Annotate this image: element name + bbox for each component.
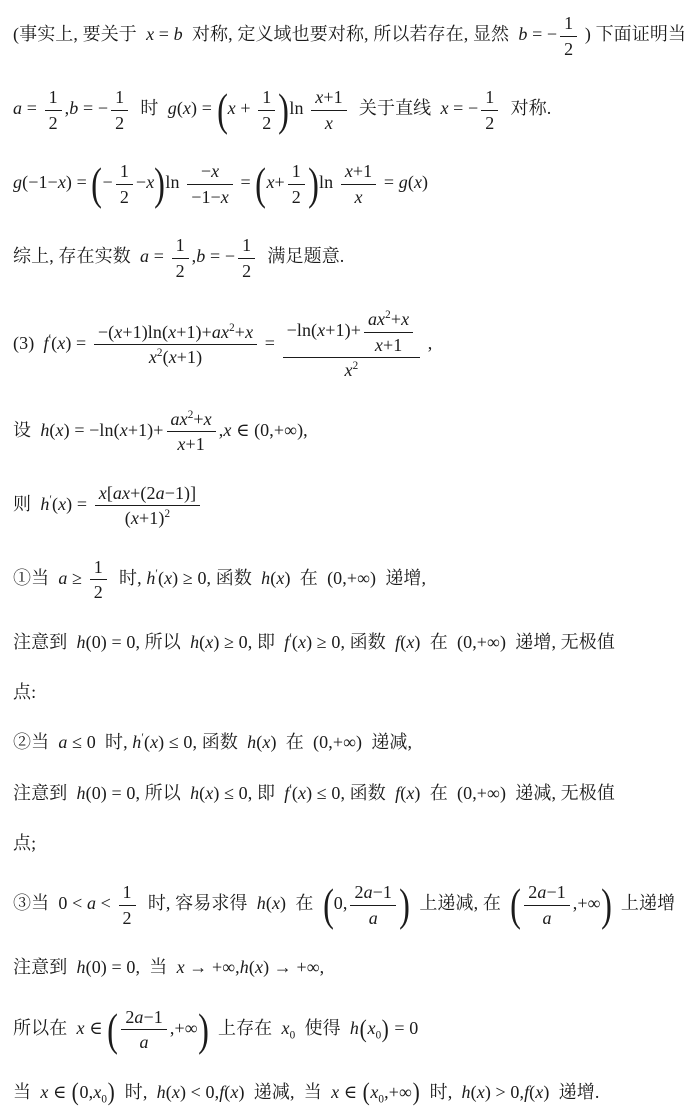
math-text: ③当 0 < — [13, 893, 87, 913]
math-var: h — [190, 783, 199, 803]
math-text: 所以在 — [13, 1018, 77, 1038]
math-text: 1 — [123, 882, 132, 902]
fraction-numerator: −ln(x+1)+ax2+xx+1 — [283, 308, 421, 358]
math-text: ②当 — [13, 732, 58, 752]
math-text: ) = −ln( — [64, 420, 120, 440]
math-var: h — [247, 732, 256, 752]
math-var: x — [331, 1082, 339, 1102]
math-text: +1)ln( — [122, 322, 168, 342]
math-text: 1 — [564, 13, 573, 33]
math-text: −1 — [546, 882, 565, 902]
math-text: 综上, 存在实数 — [13, 246, 140, 266]
math-text: 时, 容易求得 — [139, 893, 257, 913]
math-var: h — [261, 568, 270, 588]
math-text: (0) = 0, 所以 — [86, 783, 190, 803]
math-text: ∈ — [48, 1082, 71, 1102]
math-var: x — [177, 957, 185, 977]
math-text: ) ≥ 0, 函数 — [172, 568, 261, 588]
fraction-denominator: a — [350, 906, 396, 930]
math-text: 2 — [354, 882, 363, 902]
math-var: x — [169, 347, 177, 367]
math-text: −1 — [144, 1007, 163, 1027]
math-text: ) = — [66, 172, 92, 192]
math-text: + — [391, 309, 401, 329]
math-var: x — [245, 322, 253, 342]
math-text: +1)+ — [176, 322, 212, 342]
fraction-denominator: 2 — [258, 111, 275, 135]
fraction-numerator: x[ax+(2a−1)] — [95, 482, 201, 507]
math-text: +1)+ — [325, 320, 361, 340]
math-var: x — [266, 172, 274, 192]
math-text: + — [235, 322, 245, 342]
math-var: x — [345, 360, 353, 380]
fraction-denominator: x+1 — [167, 432, 216, 456]
fraction: x[ax+(2a−1)](x+1)2 — [94, 482, 202, 530]
fraction-numerator: 1 — [560, 12, 577, 37]
fraction-numerator: 1 — [288, 160, 305, 185]
math-text: −( — [98, 322, 114, 342]
fraction: 12 — [118, 881, 137, 929]
math-var: ax — [171, 409, 188, 429]
math-text: 则 — [13, 494, 40, 514]
math-text: 上存在 — [209, 1018, 282, 1038]
math-text: = — [260, 333, 279, 353]
math-text: ) 在 (0,+∞) 递增, — [284, 568, 426, 588]
fraction-denominator: 2 — [116, 185, 133, 209]
math-var: x — [150, 732, 158, 752]
math-var: ax — [212, 322, 229, 342]
math-text: 1 — [292, 161, 301, 181]
math-text: 满足题意. — [258, 246, 344, 266]
math-var: x — [477, 1082, 485, 1102]
fraction-numerator: ax2+x — [364, 308, 413, 333]
math-text: ) 下面证明当 — [580, 24, 686, 44]
math-text: 注意到 — [13, 957, 77, 977]
math-text: < — [96, 893, 115, 913]
math-text: − — [201, 161, 211, 181]
fraction-numerator: 1 — [119, 881, 136, 906]
math-text: ∈ — [339, 1082, 362, 1102]
fraction-numerator: 2a−1 — [524, 881, 570, 906]
math-var: a — [58, 568, 67, 588]
math-text: , — [423, 333, 432, 353]
math-text: ln — [165, 172, 184, 192]
math-text: (0) = 0, 当 — [86, 957, 177, 977]
fraction-denominator: x2 — [283, 358, 421, 382]
math-var: h — [77, 783, 86, 803]
math-text: = − — [527, 24, 557, 44]
math-text: = 0 — [390, 1018, 419, 1038]
math-text: 2 — [94, 582, 103, 602]
math-text: 1 — [242, 235, 251, 255]
math-line-11: ②当 a ≤ 0 时, h′(x) ≤ 0, 函数 h(x) 在 (0,+∞) … — [13, 730, 679, 754]
math-var: h — [77, 632, 86, 652]
math-var: x — [414, 172, 422, 192]
math-var: x — [177, 434, 185, 454]
math-text: (0) = 0, 所以 — [86, 632, 190, 652]
math-var: x — [401, 309, 409, 329]
fraction-numerator: −(x+1)ln(x+1)+ax2+x — [94, 321, 257, 346]
math-var: x — [149, 347, 157, 367]
math-text: 当 — [13, 1082, 40, 1102]
math-text: ) = — [66, 494, 92, 514]
math-var: x — [99, 483, 107, 503]
math-line-2: a = 12,b = −12 时 g(x) = (x + 12)ln x+1x … — [13, 86, 679, 134]
math-text: 点; — [13, 833, 36, 853]
fraction-denominator: 2 — [111, 111, 128, 135]
math-line-5: (3) f′(x) = −(x+1)ln(x+1)+ax2+xx2(x+1) =… — [13, 308, 679, 382]
math-line-14: ③当 0 < a < 12 时, 容易求得 h(x) 在 (0,2a−1a) 上… — [13, 881, 679, 929]
math-line-4: 综上, 存在实数 a = 12,b = −12 满足题意. — [13, 234, 679, 282]
math-text: ) 递增. — [543, 1082, 599, 1102]
math-text: 1 — [115, 87, 124, 107]
math-text: 1 — [485, 87, 494, 107]
fraction-numerator: 1 — [45, 86, 62, 111]
fraction-denominator: 2 — [90, 580, 107, 604]
math-text: + — [275, 172, 285, 192]
math-text: −1)] — [165, 483, 197, 503]
math-var: x — [146, 24, 154, 44]
math-var: h — [257, 893, 266, 913]
math-var: h — [462, 1082, 471, 1102]
math-text: 2 — [528, 882, 537, 902]
math-text: ) = — [191, 98, 217, 118]
math-line-1: (事实上, 要关于 x = b 对称, 定义域也要对称, 所以若存在, 显然 b… — [13, 12, 679, 60]
math-var: g — [13, 172, 22, 192]
math-text: 时 — [131, 98, 168, 118]
fraction-numerator: 2a−1 — [350, 881, 396, 906]
fraction: 12 — [257, 86, 276, 134]
fraction-denominator: 2 — [45, 111, 62, 135]
math-text: +1 — [383, 335, 402, 355]
fraction-denominator: 2 — [238, 259, 255, 283]
math-line-6: 设 h(x) = −ln(x+1)+ax2+xx+1,x ∈ (0,+∞), — [13, 408, 679, 456]
math-text: +1) — [177, 347, 202, 367]
math-var: x — [168, 322, 176, 342]
math-var: x — [298, 632, 306, 652]
math-var: x — [354, 187, 362, 207]
math-var: x — [228, 98, 236, 118]
math-text: ) ≥ 0, 即 — [213, 632, 284, 652]
math-line-15: 注意到 h(0) = 0, 当 x → +∞,h(x) → +∞, — [13, 955, 679, 979]
fraction-denominator: a — [121, 1030, 167, 1054]
math-text: ∈ — [85, 1018, 108, 1038]
math-text: = — [379, 172, 398, 192]
fraction: −(x+1)ln(x+1)+ax2+xx2(x+1) — [93, 321, 258, 369]
math-text: → +∞, — [185, 957, 240, 977]
fraction-numerator: 1 — [116, 160, 133, 185]
math-var: h — [77, 957, 86, 977]
fraction-denominator: 2 — [288, 185, 305, 209]
fraction: −ln(x+1)+ax2+xx+1x2 — [282, 308, 422, 382]
math-var: x — [58, 172, 66, 192]
math-text: 关于直线 — [350, 98, 441, 118]
math-text: 注意到 — [13, 632, 77, 652]
math-text: ∈ (0,+∞), — [231, 420, 307, 440]
math-text: ) ≤ 0, 函数 — [306, 783, 395, 803]
math-var: x — [131, 508, 139, 528]
fraction-denominator: (x+1)2 — [95, 506, 201, 530]
math-text: 1 — [49, 87, 58, 107]
math-text: ,+∞ — [170, 1018, 198, 1038]
math-text: 1 — [176, 235, 185, 255]
math-text: (事实上, 要关于 — [13, 24, 146, 44]
math-text: (−1− — [22, 172, 58, 192]
math-text: 对称. — [501, 98, 551, 118]
math-text: = — [236, 172, 255, 192]
math-text: +1) — [139, 508, 164, 528]
fraction-numerator: ax2+x — [167, 408, 216, 433]
math-text: ) = — [65, 333, 91, 353]
fraction-numerator: 1 — [238, 234, 255, 259]
fraction-numerator: 1 — [172, 234, 189, 259]
math-text: − — [136, 172, 146, 192]
math-var: g — [399, 172, 408, 192]
math-var: a — [369, 908, 378, 928]
math-text: 2 — [564, 39, 573, 59]
fraction-denominator: 2 — [481, 111, 498, 135]
math-line-3: g(−1−x) = (−12−x)ln −x−1−x = (x+12)ln x+… — [13, 160, 679, 208]
math-text: ln — [289, 98, 308, 118]
fraction: 12 — [559, 12, 578, 60]
math-text: ) 在 (0,+∞) 递减, 无极值 — [414, 783, 615, 803]
fraction-numerator: 1 — [111, 86, 128, 111]
math-text: 上递减, 在 — [410, 893, 510, 913]
fraction-denominator: x — [341, 185, 376, 209]
fraction: 12 — [115, 160, 134, 208]
fraction: x+1x — [310, 86, 347, 134]
math-text: = — [22, 98, 41, 118]
fraction-numerator: 1 — [90, 556, 107, 581]
math-var: a — [140, 1032, 149, 1052]
math-var: h — [157, 1082, 166, 1102]
math-text: ) > 0, — [485, 1082, 524, 1102]
math-var: a — [140, 246, 149, 266]
math-text: 注意到 — [13, 783, 77, 803]
math-var: x — [211, 161, 219, 181]
math-text: 0, — [80, 1082, 94, 1102]
math-text: +1 — [186, 434, 205, 454]
math-text: 2 — [292, 187, 301, 207]
fraction: x+1x — [340, 160, 377, 208]
math-var: h — [190, 632, 199, 652]
math-var: x — [440, 98, 448, 118]
math-line-9: 注意到 h(0) = 0, 所以 h(x) ≥ 0, 即 f′(x) ≥ 0, … — [13, 630, 679, 654]
math-var: x — [146, 172, 154, 192]
math-text: 时, — [420, 1082, 461, 1102]
fraction: 12 — [110, 86, 129, 134]
math-text: ,+∞ — [384, 1082, 412, 1102]
math-line-8: ①当 a ≥ 12 时, h′(x) ≥ 0, 函数 h(x) 在 (0,+∞)… — [13, 556, 679, 604]
math-var: x — [325, 113, 333, 133]
math-text: = — [154, 24, 173, 44]
math-var: a — [542, 908, 551, 928]
math-var: x — [172, 1082, 180, 1102]
math-text: ,+∞ — [573, 893, 601, 913]
math-text: 设 — [13, 420, 40, 440]
math-var: x — [221, 187, 229, 207]
math-text: (3) — [13, 333, 44, 353]
fraction-denominator: 2 — [172, 259, 189, 283]
math-line-12: 注意到 h(0) = 0, 所以 h(x) ≤ 0, 即 f′(x) ≤ 0, … — [13, 781, 679, 805]
math-var: x — [298, 783, 306, 803]
math-text: ≥ — [68, 568, 87, 588]
math-text: + — [193, 409, 203, 429]
math-text: 2 — [49, 113, 58, 133]
math-var: x — [272, 893, 280, 913]
math-var: x — [281, 1018, 289, 1038]
fraction-numerator: x+1 — [341, 160, 376, 185]
math-text: 1 — [94, 557, 103, 577]
fraction-numerator: 1 — [481, 86, 498, 111]
math-text: 使得 — [295, 1018, 350, 1038]
math-var: x — [120, 420, 128, 440]
math-text: −1− — [191, 187, 221, 207]
math-line-7: 则 h′(x) = x[ax+(2a−1)](x+1)2 — [13, 482, 679, 530]
math-text: = − — [78, 98, 108, 118]
math-text: ) < 0, — [180, 1082, 219, 1102]
math-text: +1 — [323, 87, 342, 107]
fraction: 2a−1a — [120, 1006, 168, 1054]
math-text: ) 在 (0,+∞) 递增, 无极值 — [414, 632, 615, 652]
fraction-numerator: 2a−1 — [121, 1006, 167, 1031]
fraction-denominator: 2 — [560, 37, 577, 61]
math-text: 上递增 — [612, 893, 676, 913]
fraction: 12 — [480, 86, 499, 134]
math-var: a — [87, 893, 96, 913]
math-var: x — [230, 1082, 238, 1102]
math-var: x — [375, 335, 383, 355]
fraction: 12 — [89, 556, 108, 604]
math-text: ①当 — [13, 568, 58, 588]
math-text: 0, — [334, 893, 348, 913]
math-var: x — [56, 420, 64, 440]
math-text: ) ≤ 0, 函数 — [158, 732, 247, 752]
math-line-13: 点; — [13, 831, 679, 855]
math-text: 2 — [176, 261, 185, 281]
math-line-10: 点: — [13, 680, 679, 704]
math-text: 2 — [115, 113, 124, 133]
math-text: = — [149, 246, 168, 266]
fraction-numerator: 1 — [258, 86, 275, 111]
fraction-denominator: x+1 — [364, 333, 413, 357]
math-var: a — [134, 1007, 143, 1027]
fraction-denominator: −1−x — [187, 185, 233, 209]
math-var: x — [77, 1018, 85, 1038]
math-text: + — [236, 98, 255, 118]
fraction: 12 — [287, 160, 306, 208]
fraction: 12 — [171, 234, 190, 282]
math-var: ax — [113, 483, 130, 503]
math-var: x — [367, 1018, 375, 1038]
fraction: 12 — [237, 234, 256, 282]
fraction-denominator: x2(x+1) — [94, 345, 257, 369]
fraction: 2a−1a — [349, 881, 397, 929]
subscript: 0 — [101, 1093, 107, 1105]
math-text: 1 — [262, 87, 271, 107]
math-text: +1)+ — [128, 420, 164, 440]
math-var: x — [204, 409, 212, 429]
math-text: ≤ 0 时, — [68, 732, 133, 752]
math-var: a — [364, 882, 373, 902]
math-document: (事实上, 要关于 x = b 对称, 定义域也要对称, 所以若存在, 显然 b… — [0, 0, 691, 1120]
math-text: 2 — [242, 261, 251, 281]
math-text: − — [103, 172, 113, 192]
math-var: h — [350, 1018, 359, 1038]
math-text: ) 递减, 当 — [239, 1082, 332, 1102]
fraction-denominator: a — [524, 906, 570, 930]
math-var: x — [255, 957, 263, 977]
math-text: +1 — [353, 161, 372, 181]
math-var: x — [164, 568, 172, 588]
math-text: +(2 — [130, 483, 155, 503]
math-text: 1 — [120, 161, 129, 181]
fraction: −x−1−x — [186, 160, 234, 208]
math-text: 时, — [110, 568, 147, 588]
fraction: ax2+xx+1 — [363, 308, 414, 356]
math-text: 对称, 定义域也要对称, 所以若存在, 显然 — [183, 24, 519, 44]
math-var: x — [58, 494, 66, 514]
math-text: ) 在 (0,+∞) 递减, — [270, 732, 412, 752]
math-var: b — [174, 24, 183, 44]
math-var: h — [240, 957, 249, 977]
fraction-denominator: 2 — [119, 906, 136, 930]
math-var: x — [183, 98, 191, 118]
fraction-numerator: −x — [187, 160, 233, 185]
math-line-17: 当 x ∈ (0,x0) 时, h(x) < 0,f(x) 递减, 当 x ∈ … — [13, 1080, 679, 1104]
fraction: 2a−1a — [523, 881, 571, 929]
math-text: ) ≤ 0, 即 — [213, 783, 284, 803]
math-var: g — [168, 98, 177, 118]
math-var: a — [156, 483, 165, 503]
math-text: 2 — [485, 113, 494, 133]
math-var: x — [345, 161, 353, 181]
superscript: 2 — [164, 508, 170, 520]
fraction: 12 — [44, 86, 63, 134]
subscript: 0 — [376, 1029, 382, 1041]
math-text: ) ≥ 0, 函数 — [306, 632, 395, 652]
math-text: ) — [422, 172, 428, 192]
math-text: = − — [205, 246, 235, 266]
math-text: = − — [449, 98, 479, 118]
math-var: a — [13, 98, 22, 118]
fraction-denominator: x — [311, 111, 346, 135]
fraction-numerator: x+1 — [311, 86, 346, 111]
math-text: −1 — [373, 882, 392, 902]
math-line-16: 所以在 x ∈ (2a−1a,+∞) 上存在 x0 使得 h(x0) = 0 — [13, 1006, 679, 1054]
math-var: a — [58, 732, 67, 752]
fraction: ax2+xx+1 — [166, 408, 217, 456]
math-text: 2 — [120, 187, 129, 207]
math-text: ln — [319, 172, 338, 192]
math-text: ) 在 — [280, 893, 323, 913]
math-text: 2 — [123, 908, 132, 928]
math-text: 2 — [262, 113, 271, 133]
math-var: ax — [368, 309, 385, 329]
math-text: 点: — [13, 682, 36, 702]
math-text: −ln( — [287, 320, 318, 340]
math-text: 时, — [116, 1082, 157, 1102]
superscript: 2 — [353, 360, 359, 372]
math-text: ) → +∞, — [263, 957, 324, 977]
